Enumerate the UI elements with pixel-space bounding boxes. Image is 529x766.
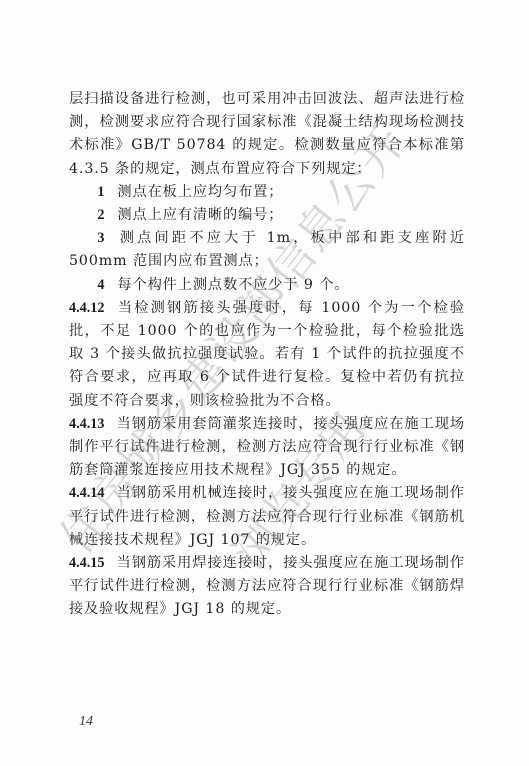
item-text: 每个构件上测点数不应少于 9 个。 [117, 277, 349, 293]
intro-paragraph: 层扫描设备进行检测，也可采用冲击回波法、超声法进行检测，检测要求应符合现行国家标… [69, 88, 465, 181]
item-number: 1 [97, 184, 105, 200]
clause-text: 当检测钢筋接头强度时，每 1000 个为一个检验批，不足 1000 个的也应作为… [69, 300, 465, 409]
clause-number: 4.4.15 [69, 555, 104, 571]
item-text: 测点上应有清晰的编号； [117, 207, 283, 223]
item-number: 4 [97, 277, 105, 293]
clause-text: 当钢筋采用套筒灌浆连接时，接头强度应在施工现场制作平行试件进行检测，检测方法应符… [69, 416, 465, 478]
item-number: 3 [97, 230, 105, 246]
clause-text: 当钢筋采用机械连接时，接头强度应在施工现场制作平行试件进行检测，检测方法应符合现… [69, 485, 465, 547]
document-page: 层扫描设备进行检测，也可采用冲击回波法、超声法进行检测，检测要求应符合现行国家标… [0, 0, 529, 766]
clause-text: 当钢筋采用焊接连接时，接头强度应在施工现场制作平行试件进行检测，检测方法应符合现… [69, 555, 465, 617]
list-item: 2测点上应有清晰的编号； [69, 204, 465, 227]
page-number: 14 [79, 714, 93, 730]
list-item: 1测点在板上应均匀布置； [69, 181, 465, 204]
item-text: 测点在板上应均匀布置； [117, 184, 283, 200]
clause: 4.4.13当钢筋采用套筒灌浆连接时，接头强度应在施工现场制作平行试件进行检测，… [69, 413, 465, 483]
clause-number: 4.4.13 [69, 416, 104, 432]
clause: 4.4.14当钢筋采用机械连接时，接头强度应在施工现场制作平行试件进行检测，检测… [69, 482, 465, 552]
clause-number: 4.4.12 [69, 300, 104, 316]
item-text: 测点间距不应大于 1m，板中部和距支座附近 500mm 范围内应布置测点； [69, 230, 465, 269]
list-item: 4每个构件上测点数不应少于 9 个。 [69, 274, 465, 297]
clause: 4.4.15当钢筋采用焊接连接时，接头强度应在施工现场制作平行试件进行检测，检测… [69, 552, 465, 622]
clause-number: 4.4.14 [69, 485, 104, 501]
page-body: 层扫描设备进行检测，也可采用冲击回波法、超声法进行检测，检测要求应符合现行国家标… [69, 88, 465, 622]
item-number: 2 [97, 207, 105, 223]
clause: 4.4.12当检测钢筋接头强度时，每 1000 个为一个检验批，不足 1000 … [69, 297, 465, 413]
list-item: 3测点间距不应大于 1m，板中部和距支座附近 500mm 范围内应布置测点； [69, 227, 465, 273]
